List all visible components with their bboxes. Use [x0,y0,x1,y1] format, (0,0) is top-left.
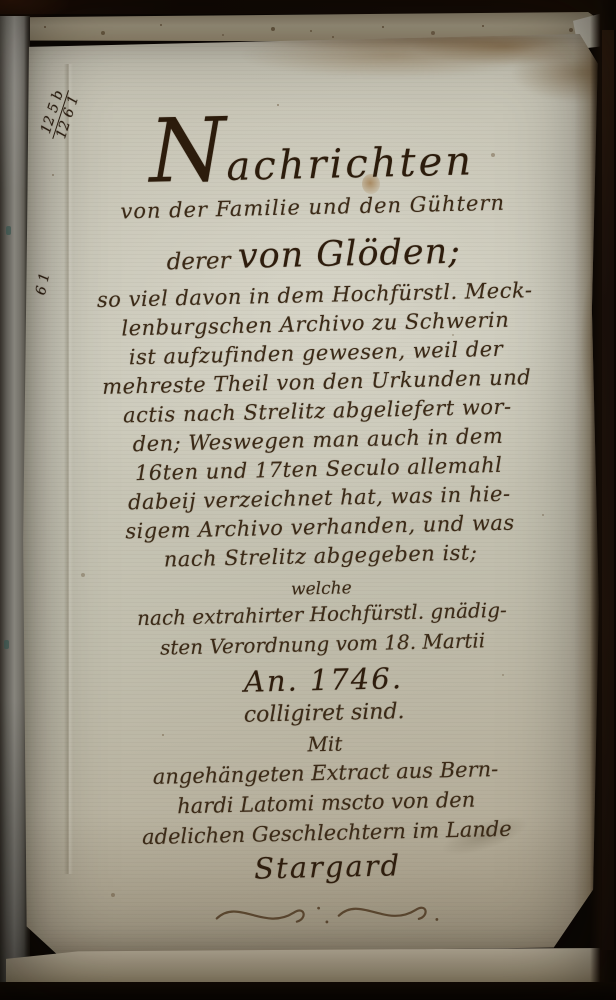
line3-punct: ; [448,232,462,272]
line3-prefix: derer [166,248,238,276]
binding-fleck [4,640,9,649]
title-line: Nachrichten [61,120,562,190]
background-shadow-bottom [0,982,616,1000]
family-name-line: derer von Glöden; [63,229,564,280]
page-block-edge-right [602,30,614,950]
manuscript-text: Nachrichten von der Familie und den Güht… [61,120,579,937]
flourish-ornament [208,889,449,934]
water-stain-top [167,34,601,104]
anno-line: An. 1746. [73,657,574,702]
manuscript-photo: 12 5 b 12 6 1 6 1 Nachrichten von der Fa… [0,0,616,1000]
family-name: von Glöden [237,232,448,277]
binding-fleck [6,226,11,235]
manuscript-page: 12 5 b 12 6 1 6 1 Nachrichten von der Fa… [22,34,600,954]
subtitle-line: von der Familie und den Gühtern [62,189,562,224]
